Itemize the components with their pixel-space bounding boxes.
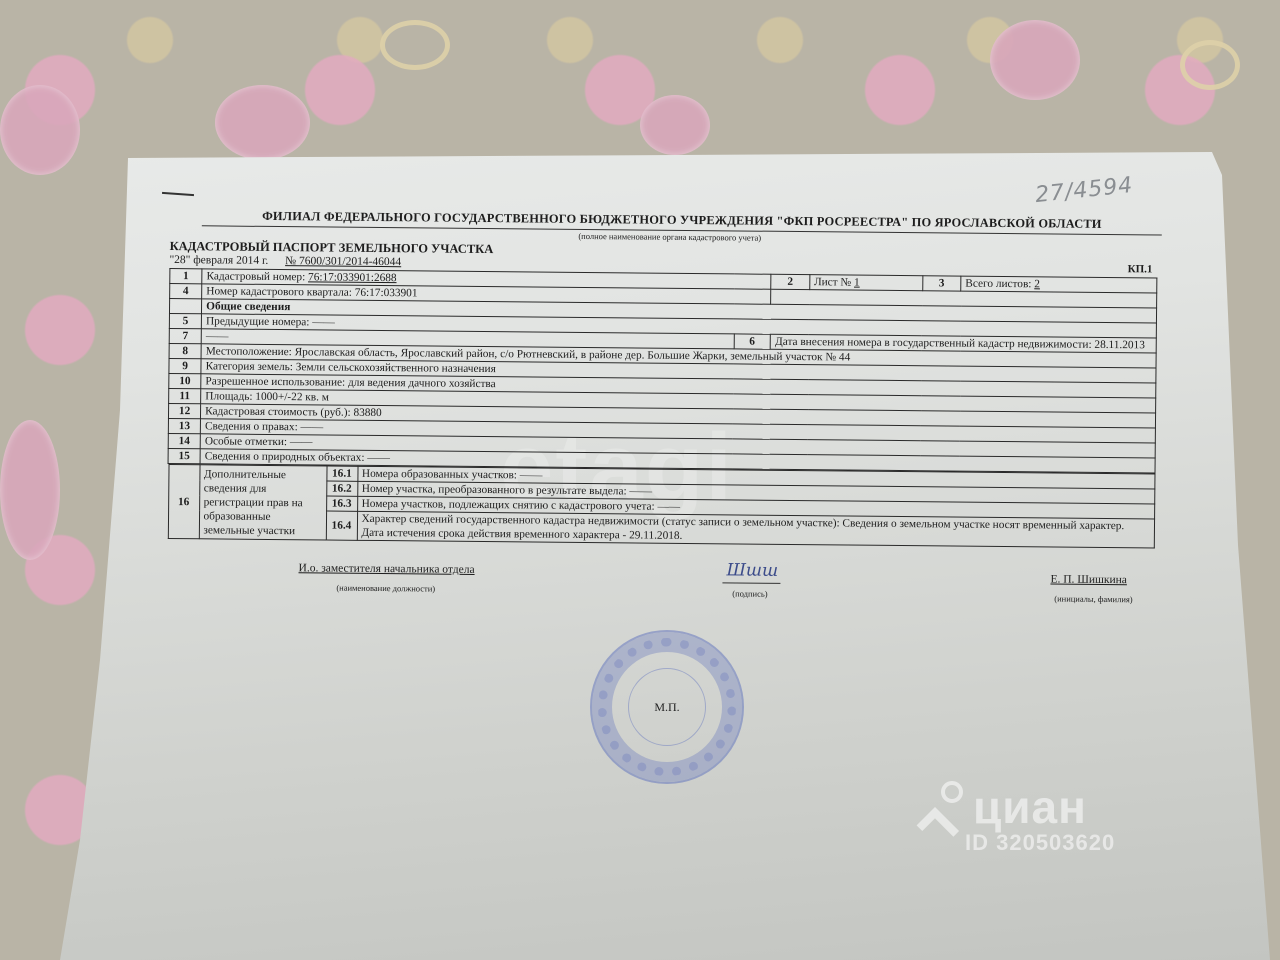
cadastral-passport: ФИЛИАЛ ФЕДЕРАЛЬНОГО ГОСУДАРСТВЕННОГО БЮД…: [165, 208, 1165, 701]
cadastral-number-label: Кадастровый номер:: [206, 270, 305, 283]
official-position: И.о. заместителя начальника отдела: [298, 562, 474, 576]
row-number: 3: [922, 276, 961, 291]
sub-row-number: 16.3: [326, 496, 357, 511]
additional-info-label: Дополнительные сведения для регистрации …: [199, 465, 327, 540]
total-sheets-label: Всего листов:: [965, 278, 1031, 291]
name-caption: (инициалы, фамилия): [1054, 594, 1132, 605]
gold-swirl-pattern: [380, 20, 450, 70]
form-code: КП.1: [1128, 263, 1153, 275]
row-number: 15: [168, 448, 200, 463]
total-sheets-value: 2: [1034, 278, 1040, 290]
sheet-label: Лист №: [814, 276, 851, 288]
position-caption: (наименование должности): [336, 583, 435, 594]
sheet-value: 1: [854, 277, 860, 289]
handwritten-signature: Шшш: [726, 560, 778, 580]
row-number: 4: [170, 284, 202, 299]
row-number: 14: [168, 433, 200, 448]
row-number: 1: [170, 269, 202, 284]
row-number: 8: [169, 343, 201, 358]
row-16-container: 16 Дополнительные сведения для регистрац…: [167, 463, 1155, 548]
official-name: Е. П. Шишкина: [1050, 573, 1127, 586]
pink-flower-pattern: [0, 420, 60, 560]
row-number: 5: [169, 313, 201, 328]
pink-flower-pattern: [0, 85, 80, 175]
document-number: № 7600/301/2014-46044: [285, 255, 401, 268]
cian-brand-text: циан: [973, 780, 1087, 834]
additional-info-table: 16 Дополнительные сведения для регистрац…: [167, 464, 1155, 548]
total-sheets-cell: Всего листов: 2: [961, 276, 1157, 293]
row-number: 9: [169, 358, 201, 373]
sub-row-number: 16.2: [326, 481, 357, 496]
empty-cell: [169, 299, 201, 314]
pink-flower-pattern: [640, 95, 710, 155]
official-stamp: М.П.: [590, 630, 744, 784]
cian-watermark: циан ID 320503620: [935, 780, 1115, 856]
row-number: 6: [734, 334, 771, 349]
row-number: 11: [169, 388, 201, 403]
listing-id: ID 320503620: [965, 830, 1115, 856]
row-number: 16: [168, 464, 200, 538]
row-number: 13: [168, 418, 200, 433]
gold-swirl-pattern: [1180, 40, 1240, 90]
map-pin-icon: [935, 781, 965, 833]
document-date: "28" февраля 2014 г.: [169, 254, 268, 267]
stamp-ring: [598, 638, 736, 776]
row-number: 10: [169, 373, 201, 388]
pink-flower-pattern: [990, 20, 1080, 100]
pink-flower-pattern: [215, 85, 310, 160]
sub-row-number: 16.4: [326, 511, 357, 540]
signature-line: [722, 582, 780, 584]
row-number: 2: [771, 274, 810, 289]
cadastral-number-value: 76:17:033901:2688: [308, 271, 397, 284]
cian-logo: циан: [935, 780, 1115, 834]
row-number: 7: [169, 328, 201, 343]
sub-row-number: 16.1: [326, 466, 357, 481]
row-number: 12: [168, 403, 200, 418]
sheet-number-cell: Лист № 1: [809, 275, 922, 291]
cadastral-table: 1 Кадастровый номер: 76:17:033901:2688 2…: [167, 268, 1158, 548]
table-row: 16 Дополнительные сведения для регистрац…: [167, 463, 1155, 548]
signature-caption: (подпись): [732, 588, 767, 598]
